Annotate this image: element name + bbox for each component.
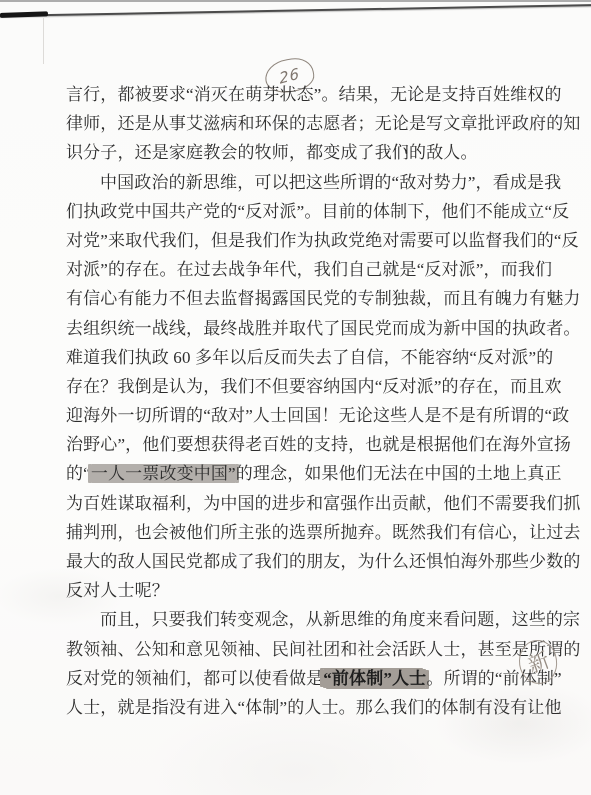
text-line: 反对党的领袖们，都可以使看做是“前体制”人士。所谓的“前体制” (66, 664, 534, 693)
text-line: 治野心”，他们要想获得老百姓的支持，也就是根据他们在海外宣扬 (66, 430, 534, 459)
text-line: 为百姓谋取福利，为中国的进步和富强作出贡献，他们不需要我们抓 (66, 489, 534, 518)
text-line: 最大的敌人国民党都成了我们的朋友，为什么还惧怕海外那些少数的 (66, 547, 534, 576)
text-line: 人士，就是指没有进入“体制”的人士。那么我们的体制有没有让他 (66, 693, 534, 722)
text-line: 律师，还是从事艾滋病和环保的志愿者；无论是写文章批评政府的知 (66, 109, 534, 138)
text-line: 捕判刑，也会被他们所主张的选票所抛弃。既然我们有信心，让过去 (66, 518, 534, 547)
scan-artifact-crease (43, 18, 44, 64)
text-line: 对派”的存在。在过去战争年代，我们自己就是“反对派”，而我们 (66, 255, 534, 284)
text-line: 言行，都被要求“消灭在萌芽状态”。结果，无论是支持百姓维权的 (66, 80, 534, 109)
text-line: 识分子，还是家庭教会的牧师，都变成了我们的敌人。 (66, 138, 534, 167)
handwritten-character-text: 新 (523, 644, 553, 679)
document-text: 言行，都被要求“消灭在萌芽状态”。结果，无论是支持百姓维权的律师，还是从事艾滋病… (66, 80, 534, 722)
text-line: 有信心有能力不但去监督揭露国民党的专制独裁，而且有魄力有魅力 (66, 284, 534, 313)
scanned-page: 26 言行，都被要求“消灭在萌芽状态”。结果，无论是支持百姓维权的律师，还是从事… (0, 0, 591, 795)
text-line: 而且，只要我们转变观念，从新思维的角度来看问题，这些的宗 (66, 605, 534, 634)
scan-artifact-thick-segment (0, 11, 48, 18)
text-line: 难道我们执政 60 多年以后反而失去了自信，不能容纳“反对派”的 (66, 343, 534, 372)
marker-highlighted-text: “前体制”人士 (323, 669, 426, 688)
text-line: 中国政治的新思维，可以把这些所谓的“敌对势力”，看成是我 (66, 168, 534, 197)
text-line: 存在？我倒是认为，我们不但要容纳国内“反对派”的存在，而且欢 (66, 372, 534, 401)
text-line: 的“一人一票改变中国”的理念，如果他们无法在中国的土地上真正 (66, 459, 534, 488)
text-line: 对党”来取代我们，但是我们作为执政党绝对需要可以监督我们的“反 (66, 226, 534, 255)
text-line: 迎海外一切所谓的“敌对”人士回国！无论这些人是不是有所谓的“政 (66, 401, 534, 430)
scan-artifact-diagonal-line (0, 4, 591, 17)
scan-artifact-top-edge (0, 0, 591, 2)
text-line: 去组织统一战线，最终战胜并取代了国民党而成为新中国的执政者。 (66, 314, 534, 343)
marker-highlighted-text: 一人一票改变中国” (91, 464, 236, 483)
text-line: 们执政党中国共产党的“反对派”。目前的体制下，他们不能成立“反 (66, 197, 534, 226)
text-line: 教领袖、公知和意见领袖、民间社团和社会活跃人士，甚至是所谓的 (66, 635, 534, 664)
text-line: 反对人士呢？ (66, 576, 534, 605)
